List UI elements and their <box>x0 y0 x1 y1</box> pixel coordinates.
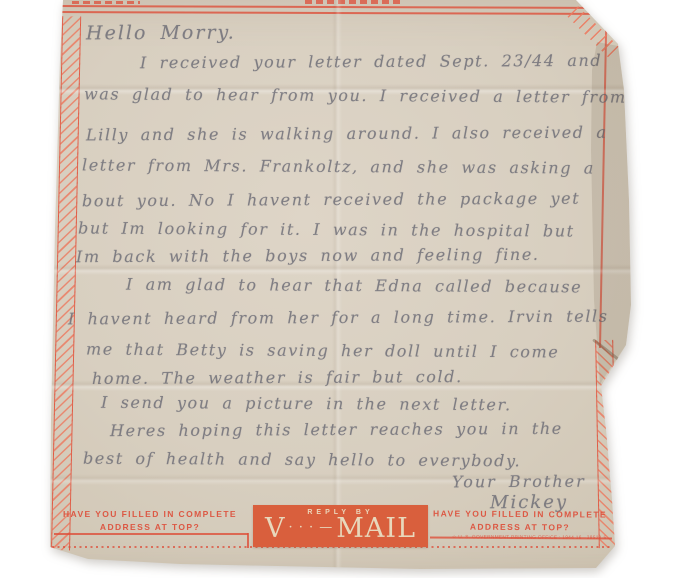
scanned-vmail-letter-photo: Hello Morry.I received your letter dated… <box>0 0 680 578</box>
warning-text-line2: ADDRESS AT TOP? <box>420 520 620 534</box>
handwritten-line: bout you. No I havent received the packa… <box>82 189 580 211</box>
banner-v-letter: V <box>265 516 286 542</box>
gpo-imprint: ☆ U. S. GOVERNMENT PRINTING OFFICE : 194… <box>452 534 602 540</box>
warning-text-line2: ADDRESS AT TOP? <box>50 521 250 534</box>
signature-closing: Your Brother <box>452 472 586 492</box>
paper-shadow: Hello Morry.I received your letter dated… <box>0 0 680 578</box>
warning-text-line1: HAVE YOU FILLED IN COMPLETE <box>50 508 250 521</box>
handwritten-line: but Im looking for it. I was in the hosp… <box>78 218 575 240</box>
handwritten-line: I havent heard from her for a long time.… <box>68 307 609 329</box>
address-warning-left: HAVE YOU FILLED IN COMPLETE ADDRESS AT T… <box>50 508 250 533</box>
left-hatched-border <box>51 16 81 550</box>
vmail-letter-sheet: Hello Morry.I received your letter dated… <box>0 0 680 578</box>
bottom-printed-rule-left <box>54 533 248 535</box>
reply-by-vmail-banner: REPLY BY V · · · — MAIL <box>253 505 428 547</box>
banner-reply-by-label: REPLY BY <box>253 509 428 516</box>
top-printed-rule <box>58 11 618 14</box>
handwritten-line: best of health and say hello to everybod… <box>83 449 521 471</box>
banner-vmail-wordmark: V · · · — MAIL <box>253 516 428 542</box>
handwritten-line: home. The weather is fair but cold. <box>92 367 463 388</box>
handwritten-line: Lilly and she is walking around. I also … <box>86 123 608 145</box>
handwritten-line: I am glad to hear that Edna called becau… <box>126 275 582 297</box>
handwritten-line: I send you a picture in the next letter. <box>101 393 512 415</box>
handwritten-line: was glad to hear from you. I received a … <box>84 84 627 106</box>
clipped-top-print-fragment <box>72 1 140 4</box>
warning-text-line1: HAVE YOU FILLED IN COMPLETE <box>420 507 620 521</box>
handwritten-line: Heres hoping this letter reaches you in … <box>110 419 563 440</box>
banner-mail-word: MAIL <box>336 516 416 542</box>
clipped-top-print-fragment <box>305 0 400 4</box>
handwritten-line: Hello Morry. <box>86 22 236 45</box>
handwritten-line: letter from Mrs. Frankoltz, and she was … <box>82 155 595 177</box>
address-warning-right: HAVE YOU FILLED IN COMPLETE ADDRESS AT T… <box>420 507 620 533</box>
morse-code-v-icon: · · · — <box>288 515 333 541</box>
top-printed-rule <box>58 5 616 8</box>
handwritten-line: Im back with the boys now and feeling fi… <box>76 245 540 266</box>
handwritten-line: I received your letter dated Sept. 23/44… <box>140 51 602 72</box>
handwritten-line: me that Betty is saving her doll until I… <box>86 340 559 362</box>
